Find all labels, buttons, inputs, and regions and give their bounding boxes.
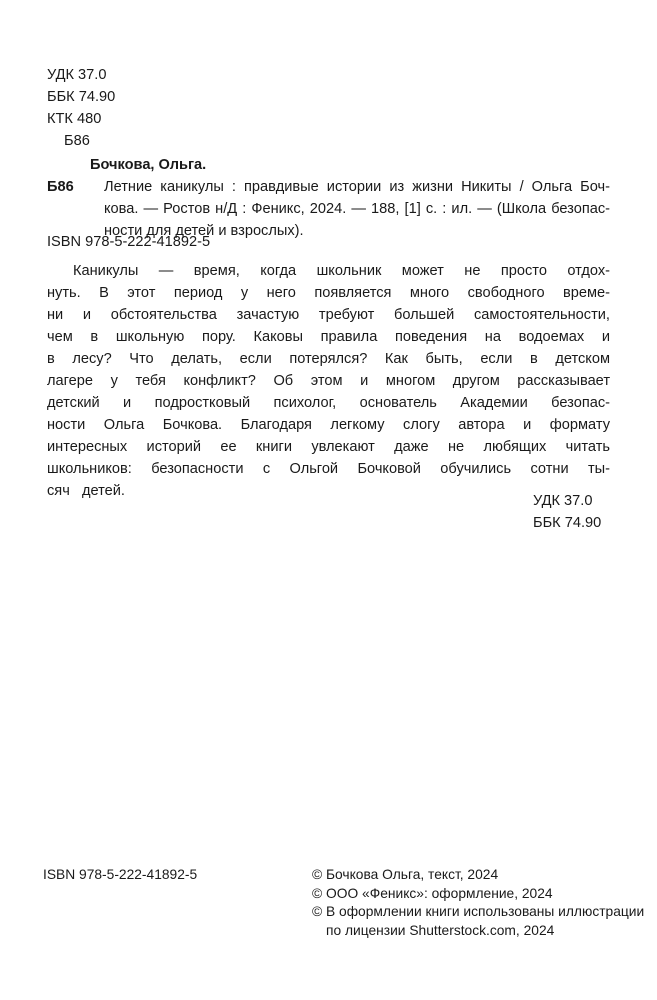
bbk-code-bottom: ББК 74.90 bbox=[533, 512, 601, 534]
biblio-line: кова. — Ростов н/Д : Феникс, 2024. — 188… bbox=[104, 198, 610, 220]
annotation-line: Каникулы — время, когда школьник может н… bbox=[47, 260, 610, 282]
udk-code-top: УДК 37.0 bbox=[47, 64, 106, 86]
author-heading: Бочкова, Ольга. bbox=[90, 154, 206, 176]
annotation-line: ности Ольга Бочкова. Благодаря легкому с… bbox=[47, 414, 610, 436]
annotation-line: школьников: безопасности с Ольгой Бочков… bbox=[47, 458, 610, 480]
copyright-line: © Бочкова Ольга, текст, 2024 bbox=[312, 866, 644, 885]
annotation-line: чем в школьную пору. Каковы правила пове… bbox=[47, 326, 610, 348]
isbn-record: ISBN 978-5-222-41892-5 bbox=[47, 231, 210, 253]
annotation-line: нуть. В этот период у него появляется мн… bbox=[47, 282, 610, 304]
annotation-line: лагере у тебя конфликт? Об этом и многом… bbox=[47, 370, 610, 392]
annotation-line: ни и обстоятельства зачастую требуют бол… bbox=[47, 304, 610, 326]
biblio-line: Летние каникулы : правдивые истории из ж… bbox=[104, 176, 610, 198]
annotation: Каникулы — время, когда школьник может н… bbox=[47, 260, 610, 502]
author-mark-top: Б86 bbox=[64, 130, 90, 152]
copyright-line: © ООО «Феникс»: оформление, 2024 bbox=[312, 885, 644, 904]
annotation-line: детский и подростковый психолог, основат… bbox=[47, 392, 610, 414]
isbn-footer: ISBN 978-5-222-41892-5 bbox=[43, 866, 197, 885]
annotation-line: в лесу? Что делать, если потерялся? Как … bbox=[47, 348, 610, 370]
copyright-line: по лицензии Shutterstock.com, 2024 bbox=[312, 922, 644, 941]
author-mark: Б86 bbox=[47, 176, 74, 198]
copyright-block: © Бочкова Ольга, текст, 2024 © ООО «Фени… bbox=[312, 866, 644, 940]
udk-code-bottom: УДК 37.0 bbox=[533, 490, 592, 512]
annotation-line: сяч детей. bbox=[47, 480, 610, 502]
bbk-code-top: ББК 74.90 bbox=[47, 86, 115, 108]
ktk-code: КТК 480 bbox=[47, 108, 101, 130]
annotation-line: интересных историй ее книги увлекают даж… bbox=[47, 436, 610, 458]
copyright-line: © В оформлении книги использованы иллюст… bbox=[312, 903, 644, 922]
